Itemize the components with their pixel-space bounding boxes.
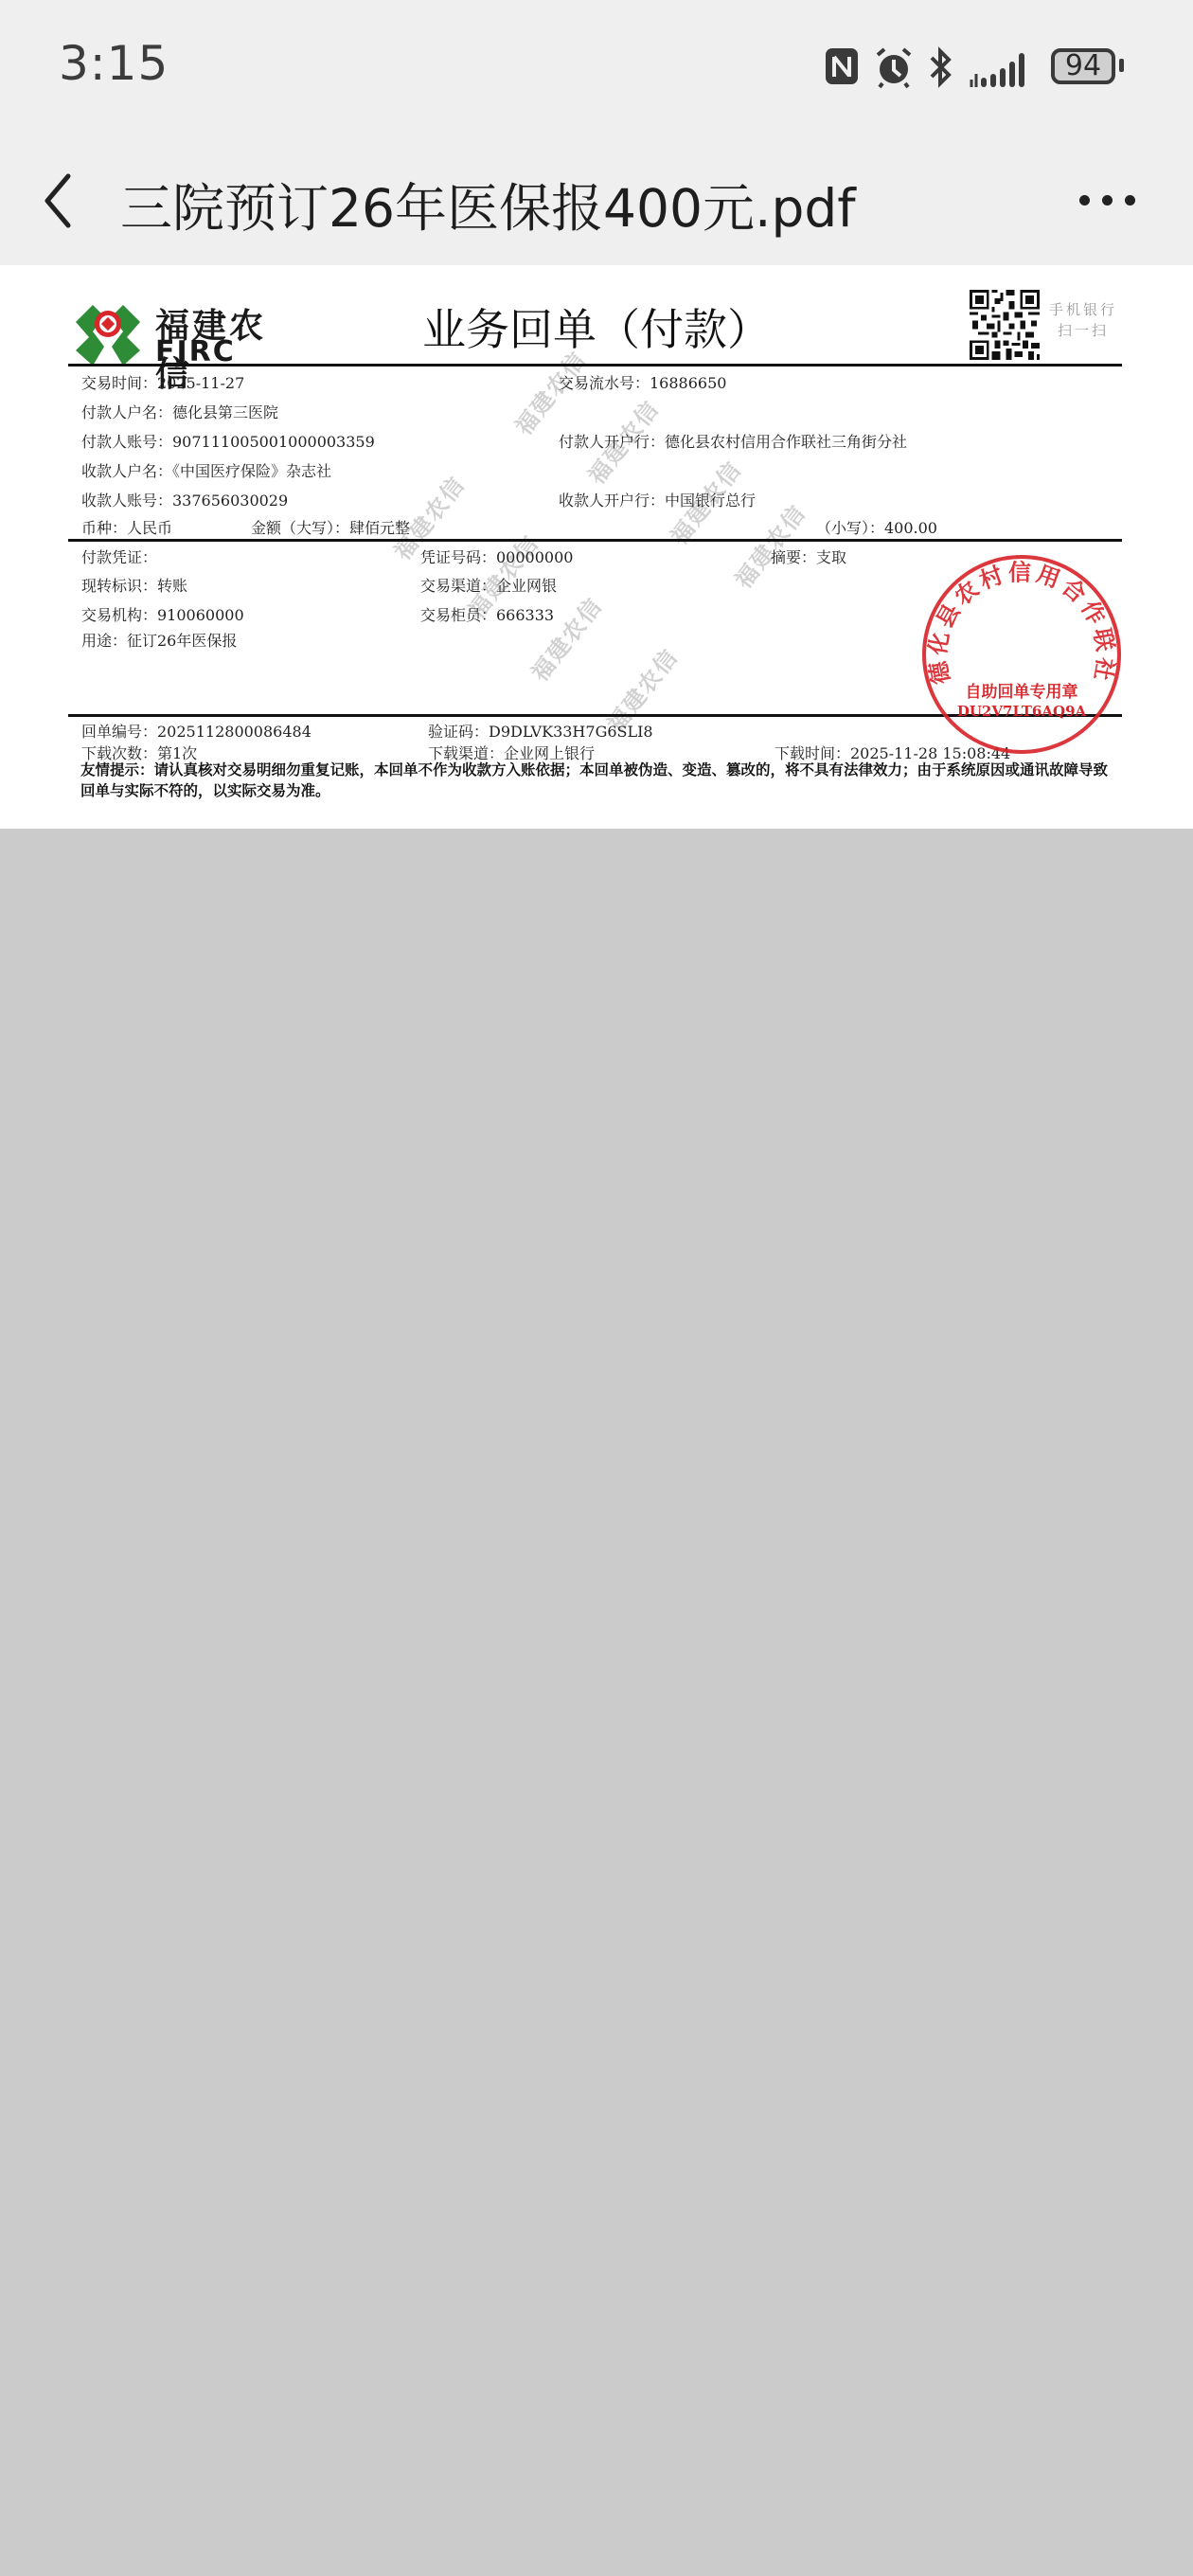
divider <box>68 364 1122 367</box>
battery-level: 94 <box>1065 49 1101 82</box>
fjrc-emblem-icon <box>72 299 144 367</box>
stamp-code: DU2V7LT6AQ9A <box>957 703 1087 720</box>
trade-institution: 交易机构：910060000 <box>81 603 244 625</box>
back-button[interactable] <box>34 163 91 239</box>
serial-number: 交易流水号：16886650 <box>559 371 726 393</box>
payment-receipt: 福建农信 福建农信 福建农信 福建农信 福建农信 福建农信 福建农信 福建农信 … <box>0 265 1193 829</box>
chevron-left-icon <box>34 163 91 239</box>
official-seal-stamp: 德化县农村信用合作联社 自助回单专用章 DU2V7LT6AQ9A <box>920 553 1123 756</box>
friendly-notice: 友情提示：请认真核对交易明细勿重复记账，本回单不作为收款方入账依据；本回单被伪造… <box>80 760 1113 801</box>
transfer-flag: 现转标识：转账 <box>81 574 187 596</box>
verification-code: 验证码：D9DLVK33H7G6SLI8 <box>428 720 653 742</box>
more-dot <box>1102 195 1113 206</box>
purpose: 用途：征订26年医保报 <box>81 629 237 651</box>
file-name-title: 三院预订26年医保报400元.pdf <box>120 167 856 241</box>
payee-bank: 收款人开户行：中国银行总行 <box>559 489 756 510</box>
bluetooth-icon <box>928 45 954 89</box>
fjrc-logo: 福建农信 FJRC <box>72 299 290 367</box>
payment-voucher: 付款凭证： <box>81 546 157 567</box>
more-dot <box>1125 195 1135 206</box>
summary: 摘要：支取 <box>771 546 846 567</box>
svg-text:德化县农村信用合作联社: 德化县农村信用合作联社 <box>924 559 1119 686</box>
receipt-heading: 业务回单（付款） <box>422 295 771 358</box>
pdf-page[interactable]: 福建农信 福建农信 福建农信 福建农信 福建农信 福建农信 福建农信 福建农信 … <box>0 265 1193 829</box>
qr-caption-line1: 手机银行 <box>1049 299 1117 320</box>
viewer-toolbar: 三院预订26年医保报400元.pdf <box>0 133 1193 265</box>
status-time: 3:15 <box>59 36 169 91</box>
divider <box>68 539 1122 542</box>
signal-icon <box>968 45 1040 89</box>
more-horizontal-icon <box>1079 195 1090 206</box>
stamp-arc-text: 德化县农村信用合作联社 <box>924 559 1119 686</box>
voucher-number: 凭证号码：00000000 <box>420 546 573 567</box>
qr-caption-line2: 扫一扫 <box>1049 320 1117 341</box>
payer-bank: 付款人开户行：德化县农村信用合作联社三角街分社 <box>559 430 907 452</box>
viewer-background[interactable] <box>0 829 1193 2576</box>
payer-account: 付款人账号：907111005001000003359 <box>81 430 375 452</box>
payer-name: 付款人户名：德化县第三医院 <box>81 401 278 422</box>
more-options-button[interactable] <box>1070 182 1146 220</box>
payee-account: 收款人账号：337656030029 <box>81 489 288 510</box>
stamp-label: 自助回单专用章 <box>966 682 1078 702</box>
trade-teller: 交易柜员：666333 <box>420 603 554 625</box>
battery-icon: 94 <box>1051 48 1115 84</box>
amount-in-figures: （小写）：400.00 <box>816 516 937 538</box>
qr-code-icon <box>970 290 1040 360</box>
nfc-icon <box>824 45 862 87</box>
receipt-number: 回单编号：2025112800086484 <box>81 720 312 742</box>
trade-channel: 交易渠道：企业网银 <box>420 574 557 596</box>
payee-name: 收款人户名：《中国医疗保险》杂志社 <box>81 459 331 481</box>
alarm-icon <box>873 45 915 89</box>
battery-tip <box>1119 59 1124 72</box>
qr-caption: 手机银行 扫一扫 <box>1049 299 1117 341</box>
status-bar: 3:15 94 <box>0 0 1193 133</box>
amount-in-words: 金额（大写）：肆佰元整 <box>251 516 410 538</box>
trade-time: 交易时间：2025-11-27 <box>81 371 244 393</box>
currency: 币种：人民币 <box>81 516 172 538</box>
